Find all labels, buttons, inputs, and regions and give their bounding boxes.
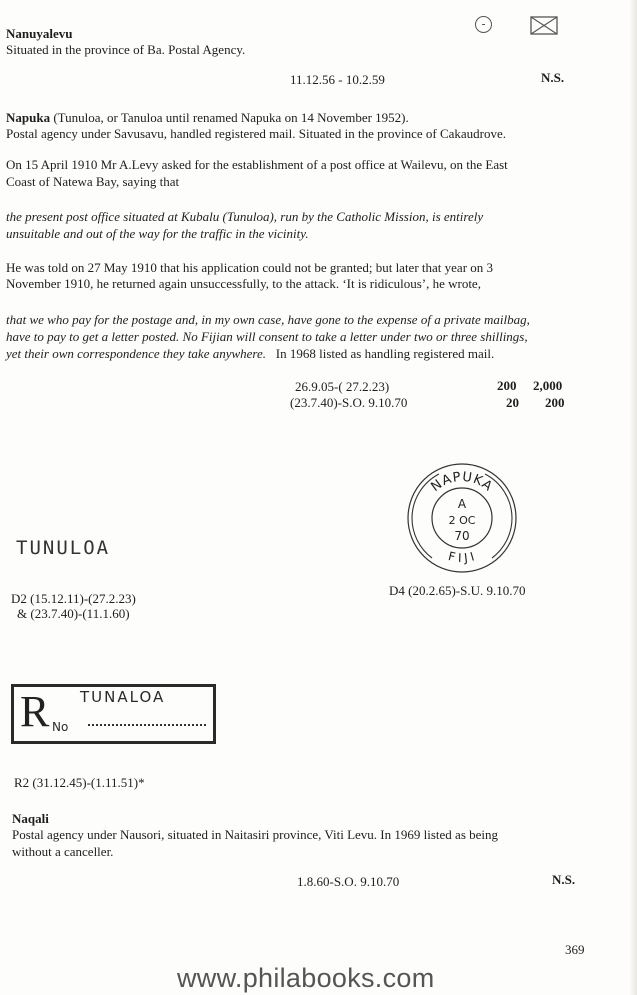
napuka-quote2-line2: have to pay to get a letter posted. No F… xyxy=(6,328,528,345)
period-dates: 26.9.05-( 27.2.23) xyxy=(295,378,389,395)
circle-dot-icon xyxy=(475,16,492,33)
svg-text:2 OC: 2 OC xyxy=(449,514,476,527)
naqali-rating: N.S. xyxy=(552,871,575,888)
napuka-quote2-line3: yet their own correspondence they take a… xyxy=(6,345,494,362)
svg-text:FIJI: FIJI xyxy=(447,549,478,565)
tunuloa-caption-line2: & (23.7.40)-(11.1.60) xyxy=(17,605,130,622)
registration-number-prefix: No xyxy=(52,720,68,734)
napuka-para1-line1: On 15 April 1910 Mr A.Levy asked for the… xyxy=(6,156,508,173)
napuka-registered-note: In 1968 listed as handling registered ma… xyxy=(276,346,494,361)
registration-office-name: TUNALOA xyxy=(80,688,165,706)
napuka-title-note: (Tunuloa, or Tanuloa until renamed Napuk… xyxy=(53,110,408,125)
naqali-dates: 1.8.60-S.O. 9.10.70 xyxy=(297,873,399,890)
period-value2: 200 xyxy=(545,394,565,411)
page-number: 369 xyxy=(565,941,585,958)
page-edge-shadow xyxy=(629,0,637,995)
entry-title-naqali: Naqali xyxy=(12,810,49,827)
svg-text:NAPUKA: NAPUKA xyxy=(428,470,495,495)
naqali-line1: Postal agency under Nausori, situated in… xyxy=(12,826,498,843)
napuka-quote2-line1: that we who pay for the postage and, in … xyxy=(6,311,530,328)
napuka-quote1-line1: the present post office situated at Kuba… xyxy=(6,208,483,225)
tunuloa-straight-line-stamp: TUNULOA xyxy=(16,537,110,559)
period-value1: 200 xyxy=(497,377,517,394)
napuka-para1-line2: Coast of Natewa Bay, saying that xyxy=(6,173,179,190)
period-value2: 2,000 xyxy=(533,377,562,394)
napuka-postmark: NAPUKA FIJI A 2 OC 70 xyxy=(402,461,522,576)
naqali-line2: without a canceller. xyxy=(12,843,113,860)
nanuyalevu-description: Situated in the province of Ba. Postal A… xyxy=(6,41,245,58)
nanuyalevu-dates: 11.12.56 - 10.2.59 xyxy=(290,71,385,88)
period-value1: 20 xyxy=(506,394,519,411)
postmark-caption: D4 (20.2.65)-S.U. 9.10.70 xyxy=(389,582,526,599)
nanuyalevu-rating: N.S. xyxy=(541,69,564,86)
svg-text:70: 70 xyxy=(454,529,469,543)
watermark-link[interactable]: www.philabooks.com xyxy=(177,963,435,994)
entry-title-napuka: Napuka xyxy=(6,110,50,125)
period-dates: (23.7.40)-S.O. 9.10.70 xyxy=(290,394,407,411)
entry-title-nanuyalevu: Nanuyalevu xyxy=(6,25,72,42)
napuka-quote2-end: yet their own correspondence they take a… xyxy=(6,346,266,361)
napuka-heading-line: Napuka (Tunuloa, or Tanuloa until rename… xyxy=(6,109,409,126)
napuka-para2-line1: He was told on 27 May 1910 that his appl… xyxy=(6,259,493,276)
registration-caption: R2 (31.12.45)-(1.11.51)* xyxy=(14,774,145,791)
envelope-icon xyxy=(530,16,558,35)
napuka-para2-line2: November 1910, he returned again unsucce… xyxy=(6,275,481,292)
registration-letter: R xyxy=(20,688,49,736)
svg-text:A: A xyxy=(458,497,467,511)
napuka-summary: Postal agency under Savusavu, handled re… xyxy=(6,125,506,142)
registration-number-dotted-line xyxy=(88,724,206,726)
napuka-quote1-line2: unsuitable and out of the way for the tr… xyxy=(6,225,309,242)
